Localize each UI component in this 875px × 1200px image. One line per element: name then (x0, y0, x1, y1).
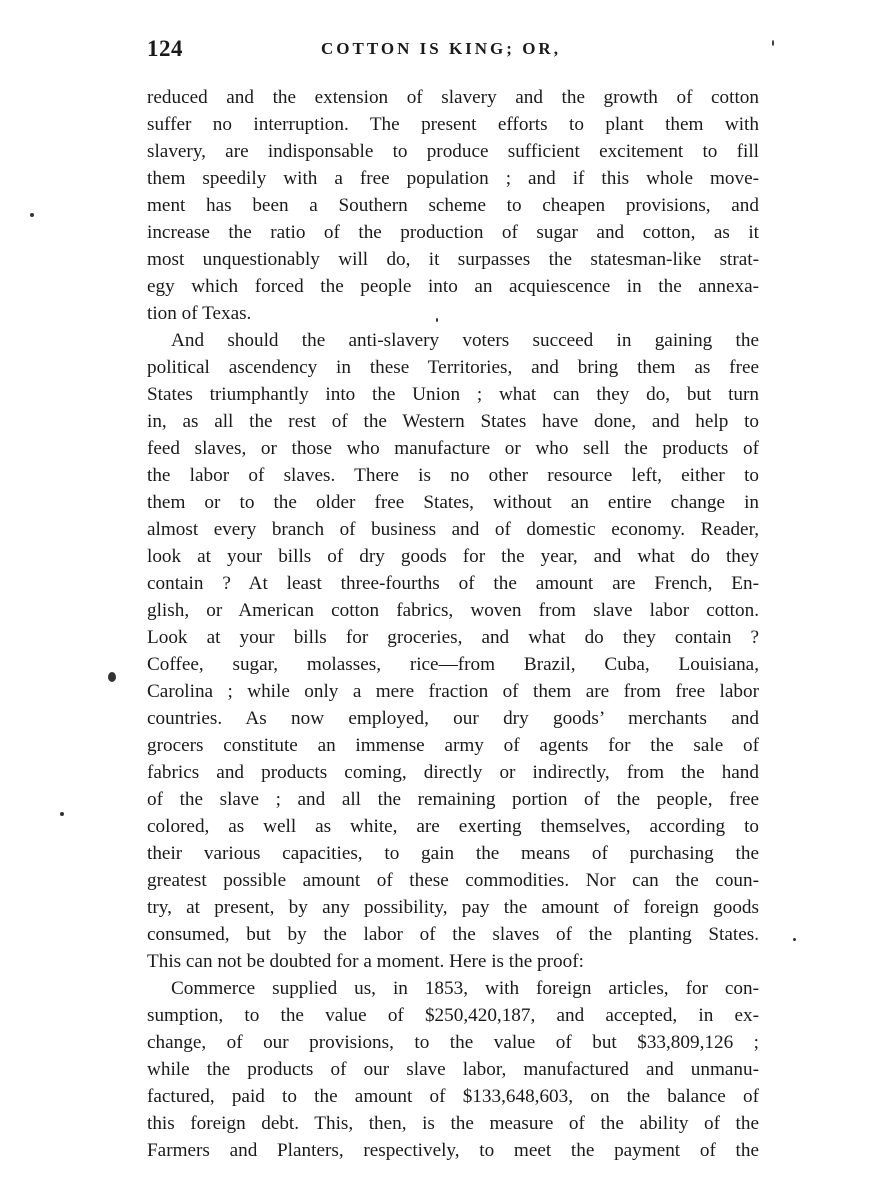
text-line: fabrics and products coming, directly or… (147, 759, 759, 786)
paragraph-1: reduced and the extension of slavery and… (147, 84, 759, 327)
text-line: This can not be doubted for a moment. He… (147, 948, 759, 975)
text-line: their various capacities, to gain the me… (147, 840, 759, 867)
text-line: sumption, to the value of $250,420,187, … (147, 1002, 759, 1029)
text-line: increase the ratio of the production of … (147, 219, 759, 246)
paragraph-3: Commerce supplied us, in 1853, with fore… (147, 975, 759, 1164)
text-line: them speedily with a free population ; a… (147, 165, 759, 192)
scan-speck (30, 213, 34, 217)
text-line: the labor of slaves. There is no other r… (147, 462, 759, 489)
text-line: factured, paid to the amount of $133,648… (147, 1083, 759, 1110)
scan-speck (108, 672, 116, 682)
text-line: change, of our provisions, to the value … (147, 1029, 759, 1056)
text-line: while the products of our slave labor, m… (147, 1056, 759, 1083)
page-number: 124 (147, 36, 183, 62)
text-line: them or to the older free States, withou… (147, 489, 759, 516)
text-line: this foreign debt. This, then, is the me… (147, 1110, 759, 1137)
text-line: States triumphantly into the Union ; wha… (147, 381, 759, 408)
text-line: reduced and the extension of slavery and… (147, 84, 759, 111)
text-line: greatest possible amount of these commod… (147, 867, 759, 894)
text-line: almost every branch of business and of d… (147, 516, 759, 543)
text-line: Carolina ; while only a mere fraction of… (147, 678, 759, 705)
scan-speck (793, 938, 796, 941)
text-line: most unquestionably will do, it surpasse… (147, 246, 759, 273)
paragraph-2: And should the anti-slavery voters succe… (147, 327, 759, 975)
text-line: glish, or American cotton fabrics, woven… (147, 597, 759, 624)
text-line: in, as all the rest of the Western State… (147, 408, 759, 435)
text-line: ment has been a Southern scheme to cheap… (147, 192, 759, 219)
text-line: of the slave ; and all the remaining por… (147, 786, 759, 813)
text-line: contain ? At least three-fourths of the … (147, 570, 759, 597)
text-line: Commerce supplied us, in 1853, with fore… (147, 975, 759, 1002)
text-line: feed slaves, or those who manufacture or… (147, 435, 759, 462)
running-title: COTTON IS KING; OR, (321, 39, 561, 59)
text-line: And should the anti-slavery voters succe… (147, 327, 759, 354)
body-text: reduced and the extension of slavery and… (147, 84, 759, 1164)
scan-speck (60, 812, 64, 816)
book-page: 124 COTTON IS KING; OR, reduced and the … (0, 0, 875, 1200)
text-line: Coffee, sugar, molasses, rice—from Brazi… (147, 651, 759, 678)
text-line: countries. As now employed, our dry good… (147, 705, 759, 732)
text-line: egy which forced the people into an acqu… (147, 273, 759, 300)
text-line: slavery, are indisponsable to produce su… (147, 138, 759, 165)
text-line: consumed, but by the labor of the slaves… (147, 921, 759, 948)
text-line: Farmers and Planters, respectively, to m… (147, 1137, 759, 1164)
text-line: colored, as well as white, are exerting … (147, 813, 759, 840)
text-line: grocers constitute an immense army of ag… (147, 732, 759, 759)
text-line: Look at your bills for groceries, and wh… (147, 624, 759, 651)
scan-speck (436, 318, 438, 322)
text-line: try, at present, by any possibility, pay… (147, 894, 759, 921)
scan-speck (772, 40, 774, 46)
text-line: look at your bills of dry goods for the … (147, 543, 759, 570)
running-head: 124 COTTON IS KING; OR, (147, 36, 759, 66)
text-line: suffer no interruption. The present effo… (147, 111, 759, 138)
text-line: political ascendency in these Territorie… (147, 354, 759, 381)
text-line: tion of Texas. (147, 300, 759, 327)
